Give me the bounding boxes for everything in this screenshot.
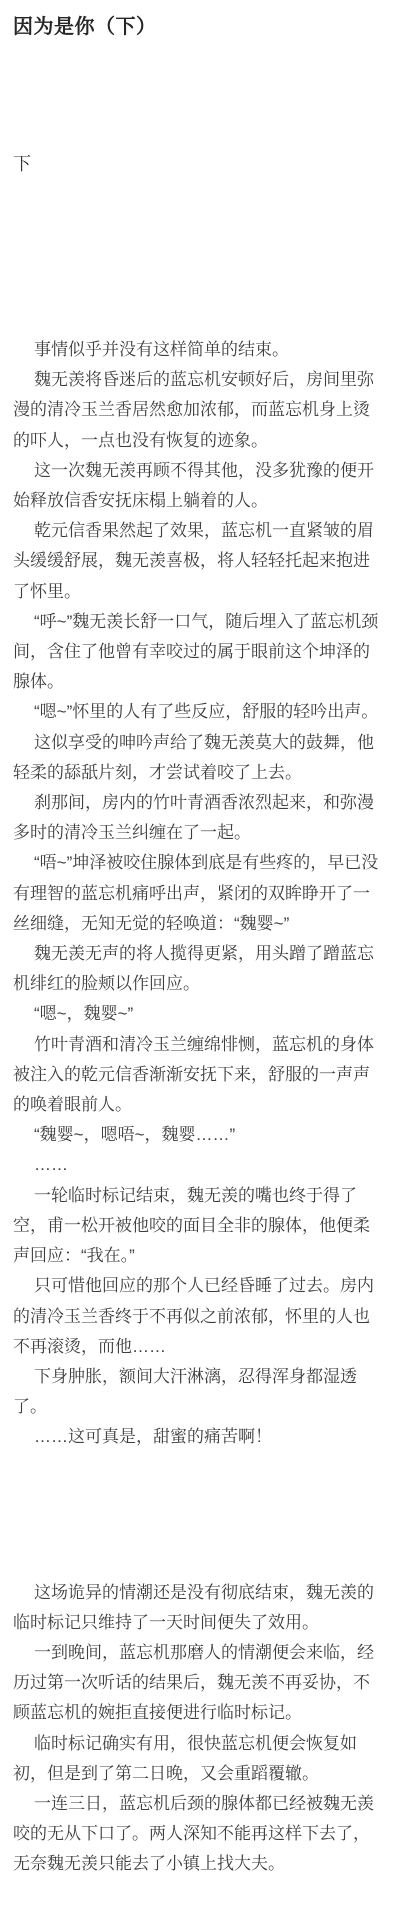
paragraph: 临时标记确实有用，很快蓝忘机便会恢复如初，但是到了第二日晚，又会重蹈覆辙。	[13, 1729, 385, 1789]
story-part-2: 这场诡异的情潮还是没有彻底结束，魏无羡的临时标记只维持了一天时间便失了效用。一到…	[13, 1578, 385, 1880]
section-label: 下	[13, 152, 385, 177]
paragraph: 这似享受的呻吟声给了魏无羡莫大的鼓舞，他轻柔的舔舐片刻，才尝试着咬了上去。	[13, 728, 385, 788]
paragraph: ……这可真是，甜蜜的痛苦啊！	[13, 1422, 385, 1452]
paragraph: 一轮临时标记结束，魏无羡的嘴也终于得了空，甫一松开被他咬的面目全非的腺体，他便柔…	[13, 1181, 385, 1272]
paragraph: 竹叶青酒和清冷玉兰缠绵悱恻，蓝忘机的身体被注入的乾元信香渐渐安抚下来，舒服的一声…	[13, 1030, 385, 1121]
paragraph: 一连三日，蓝忘机后颈的腺体都已经被魏无羡咬的无从下口了。两人深知不能再这样下去了…	[13, 1789, 385, 1880]
paragraph: 这场诡异的情潮还是没有彻底结束，魏无羡的临时标记只维持了一天时间便失了效用。	[13, 1578, 385, 1638]
paragraph: “魏婴~，嗯唔~，魏婴……”	[13, 1120, 385, 1150]
section-gap	[13, 1453, 385, 1578]
paragraph: 魏无羡无声的将人揽得更紧，用头蹭了蹭蓝忘机绯红的脸颊以作回应。	[13, 939, 385, 999]
paragraph: 这一次魏无羡再顾不得其他，没多犹豫的便开始释放信香安抚床榻上躺着的人。	[13, 456, 385, 516]
paragraph: ……	[13, 1150, 385, 1180]
paragraph: 只可惜他回应的那个人已经昏睡了过去。房内的清冷玉兰香终于不再似之前浓郁，怀里的人…	[13, 1271, 385, 1362]
story-part-1: 事情似乎并没有这样简单的结束。魏无羡将昏迷后的蓝忘机安顿好后，房间里弥漫的清冷玉…	[13, 335, 385, 1453]
paragraph: 刹那间，房内的竹叶青酒香浓烈起来，和弥漫多时的清冷玉兰纠缠在了一起。	[13, 788, 385, 848]
paragraph: 事情似乎并没有这样简单的结束。	[13, 335, 385, 365]
paragraph: 一到晚间，蓝忘机那磨人的情潮便会来临，经历过第一次听话的结果后，魏无羡不再妥协，…	[13, 1638, 385, 1729]
document-page: 因为是你（下） 下 事情似乎并没有这样简单的结束。魏无羡将昏迷后的蓝忘机安顿好后…	[0, 0, 397, 1920]
paragraph: “呼~”魏无羡长舒一口气，随后埋入了蓝忘机颈间，含住了他曾有幸咬过的属于眼前这个…	[13, 607, 385, 698]
paragraph: 乾元信香果然起了效果，蓝忘机一直紧皱的眉头缓缓舒展，魏无羡喜极，将人轻轻托起来抱…	[13, 516, 385, 607]
paragraph: “嗯~”怀里的人有了些反应，舒服的轻吟出声。	[13, 697, 385, 727]
paragraph: 魏无羡将昏迷后的蓝忘机安顿好后，房间里弥漫的清冷玉兰香居然愈加浓郁，而蓝忘机身上…	[13, 365, 385, 456]
page-title: 因为是你（下）	[13, 14, 385, 41]
paragraph: “唔~”坤泽被咬住腺体到底是有些疼的，早已没有理智的蓝忘机痛呼出声，紧闭的双眸睁…	[13, 848, 385, 939]
paragraph: 下身肿胀，额间大汗淋漓，忍得浑身都湿透了。	[13, 1362, 385, 1422]
story-body: 事情似乎并没有这样简单的结束。魏无羡将昏迷后的蓝忘机安顿好后，房间里弥漫的清冷玉…	[13, 335, 385, 1880]
paragraph: “嗯~，魏婴~”	[13, 999, 385, 1029]
